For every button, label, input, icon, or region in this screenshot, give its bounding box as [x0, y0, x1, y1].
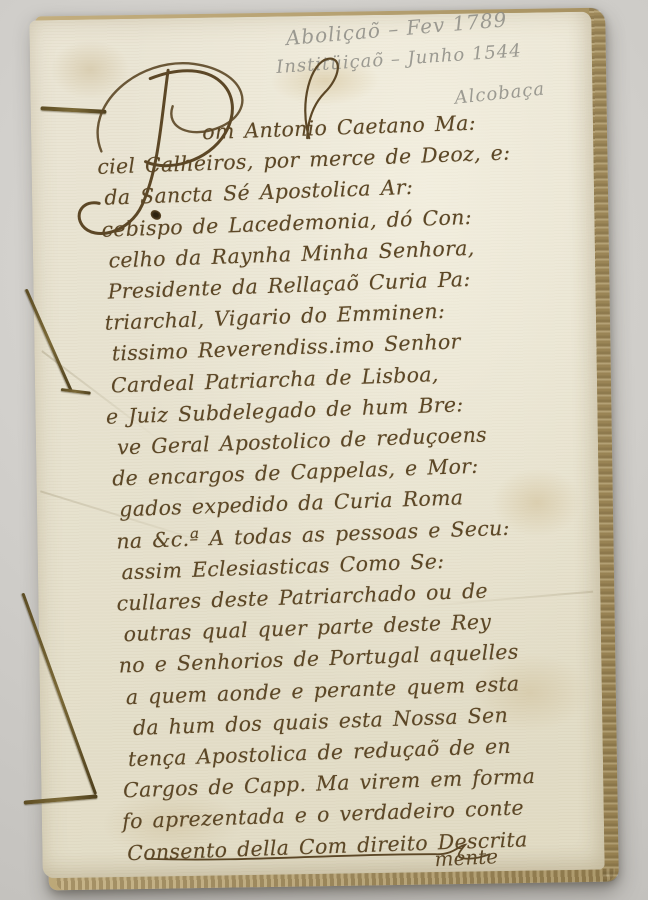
- manuscript-page: Aboliçaõ – Fev 1789 Institüiçaõ – Junho …: [29, 12, 604, 879]
- manuscript-text: om Antonio Caetano Ma: ciel Calheiros, p…: [96, 105, 582, 869]
- photograph-of-manuscript: Aboliçaõ – Fev 1789 Institüiçaõ – Junho …: [0, 0, 648, 900]
- binding-thread: [24, 794, 98, 804]
- pencil-annotation-place: Alcobaça: [454, 78, 546, 108]
- stain: [50, 39, 131, 100]
- binding-thread: [61, 388, 91, 395]
- binding-thread: [25, 289, 73, 393]
- binding-thread: [21, 593, 97, 795]
- binding-thread: [40, 106, 106, 114]
- catchword: mente: [434, 844, 499, 871]
